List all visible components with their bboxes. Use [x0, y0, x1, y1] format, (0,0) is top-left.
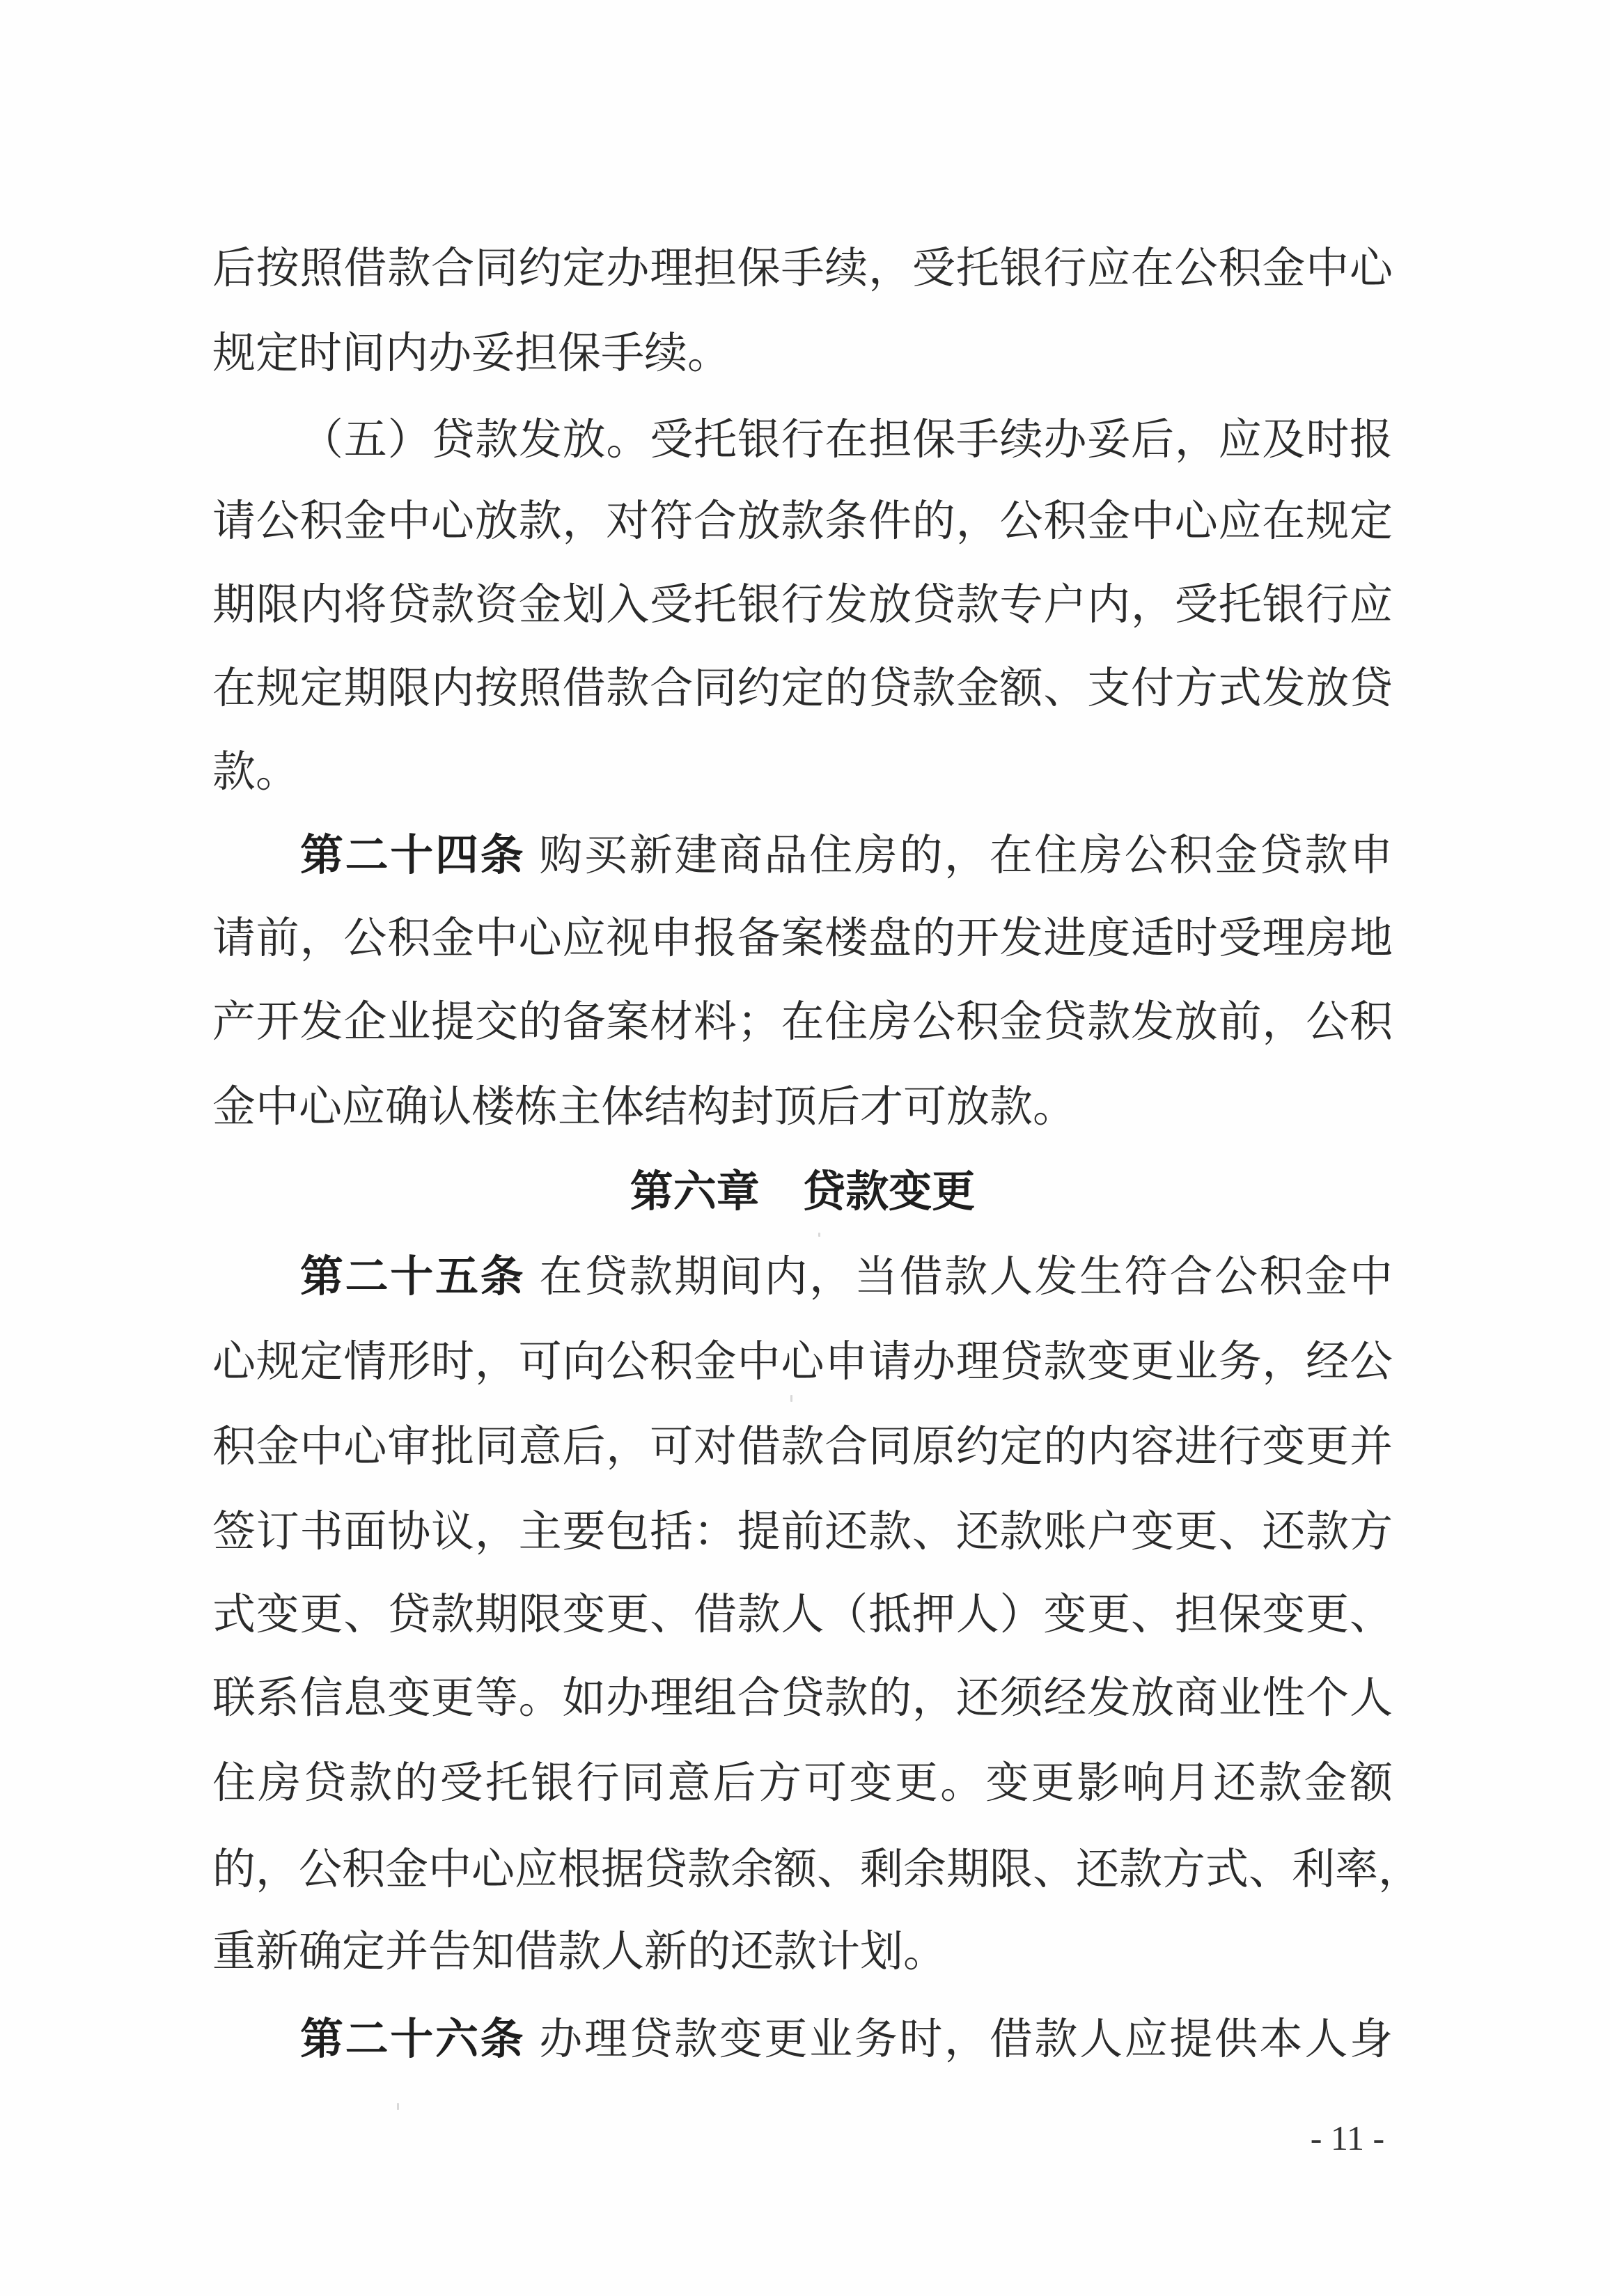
article-25-line: 第二十五条在贷款期间内，当借款人发生符合公积金中 — [212, 1235, 1393, 1318]
line-text: 期限内将贷款资金划入受托银行发放贷款专户内，受托银行应 — [212, 579, 1393, 630]
line-text: 后按照借款合同约定办理担保手续，受托银行应在公积金中心 — [212, 242, 1393, 293]
page-number: - 11 - — [1295, 2117, 1400, 2159]
article-label: 第二十六条 — [300, 2013, 525, 2064]
line-text: （五）贷款发放。受托银行在担保手续办妥后，应及时报 — [300, 414, 1393, 464]
article-label: 第二十五条 — [300, 1251, 525, 1302]
paragraph-line: 式变更、贷款期限变更、借款人（抵押人）变更、担保变更、 — [212, 1572, 1393, 1656]
line-text: 心规定情形时，可向公积金中心申请办理贷款变更业务，经公 — [212, 1336, 1393, 1387]
paragraph-line: 重新确定并告知借款人新的还款计划。 — [212, 1910, 1393, 1993]
article-26-line: 第二十六条办理贷款变更业务时，借款人应提供本人身 — [212, 1997, 1393, 2081]
line-text: 重新确定并告知借款人新的还款计划。 — [212, 1926, 946, 1976]
line-text: 在规定期限内按照借款合同约定的贷款金额、支付方式发放贷 — [212, 662, 1393, 713]
line-text: 请前，公积金中心应视申报备案楼盘的开发进度适时受理房地 — [212, 912, 1393, 963]
line-text: 办理贷款变更业务时，借款人应提供本人身 — [539, 2013, 1393, 2064]
scan-speck — [790, 1395, 792, 1402]
line-text: 金中心应确认楼栋主体结构封顶后才可放款。 — [212, 1081, 1076, 1132]
paragraph-line: 积金中心审批同意后，可对借款合同原约定的内容进行变更并 — [212, 1405, 1393, 1488]
paragraph-line: 签订书面协议，主要包括：提前还款、还款账户变更、还款方 — [212, 1490, 1393, 1573]
line-text: 联系信息变更等。如办理组合贷款的，还须经发放商业性个人 — [212, 1672, 1393, 1723]
line-text: 签订书面协议，主要包括：提前还款、还款账户变更、还款方 — [212, 1506, 1393, 1556]
paragraph-line: 住房贷款的受托银行同意后方可变更。变更影响月还款金额 — [212, 1741, 1393, 1825]
scan-speck — [397, 2103, 399, 2110]
line-text: 住房贷款的受托银行同意后方可变更。变更影响月还款金额 — [212, 1757, 1393, 1808]
line-text: 积金中心审批同意后，可对借款合同原约定的内容进行变更并 — [212, 1421, 1393, 1471]
paragraph-line: 请前，公积金中心应视申报备案楼盘的开发进度适时受理房地 — [212, 896, 1393, 980]
paragraph-line: 的，公积金中心应根据贷款余额、剩余期限、还款方式、利率， — [212, 1827, 1393, 1911]
line-text: 式变更、贷款期限变更、借款人（抵押人）变更、担保变更、 — [212, 1588, 1393, 1639]
paragraph-line: 在规定期限内按照借款合同约定的贷款金额、支付方式发放贷 — [212, 646, 1393, 730]
line-text: 规定时间内办妥担保手续。 — [212, 327, 730, 378]
line-text: 的，公积金中心应根据贷款余额、剩余期限、还款方式、利率， — [212, 1843, 1421, 1894]
paragraph-line: 心规定情形时，可向公积金中心申请办理贷款变更业务，经公 — [212, 1320, 1393, 1403]
line-text: 请公积金中心放款，对符合放款条件的，公积金中心应在规定 — [212, 495, 1393, 546]
line-text: 产开发企业提交的备案材料；在住房公积金贷款发放前，公积 — [212, 996, 1393, 1047]
paragraph-line: 规定时间内办妥担保手续。 — [212, 311, 1393, 395]
article-label: 第二十四条 — [300, 829, 525, 880]
paragraph-line: 产开发企业提交的备案材料；在住房公积金贷款发放前，公积 — [212, 980, 1393, 1063]
chapter-heading: 第六章 贷款变更 — [212, 1150, 1393, 1233]
paragraph-line: 款。 — [212, 730, 1393, 813]
document-page: 后按照借款合同约定办理担保手续，受托银行应在公积金中心 规定时间内办妥担保手续。… — [0, 0, 1610, 2296]
paragraph-line: 后按照借款合同约定办理担保手续，受托银行应在公积金中心 — [212, 226, 1393, 310]
line-text: 款。 — [212, 746, 299, 797]
scan-speck — [818, 1233, 820, 1237]
paragraph-line: 期限内将贷款资金划入受托银行发放贷款专户内，受托银行应 — [212, 563, 1393, 646]
line-text: 购买新建商品住房的，在住房公积金贷款申 — [539, 829, 1393, 880]
line-text: 在贷款期间内，当借款人发生符合公积金中 — [539, 1251, 1393, 1302]
paragraph-line: 请公积金中心放款，对符合放款条件的，公积金中心应在规定 — [212, 479, 1393, 563]
paragraph-line: 金中心应确认楼栋主体结构封顶后才可放款。 — [212, 1065, 1393, 1148]
paragraph-line: 联系信息变更等。如办理组合贷款的，还须经发放商业性个人 — [212, 1656, 1393, 1740]
paragraph-line: （五）贷款发放。受托银行在担保手续办妥后，应及时报 — [212, 398, 1393, 481]
article-24-line: 第二十四条购买新建商品住房的，在住房公积金贷款申 — [212, 813, 1393, 897]
